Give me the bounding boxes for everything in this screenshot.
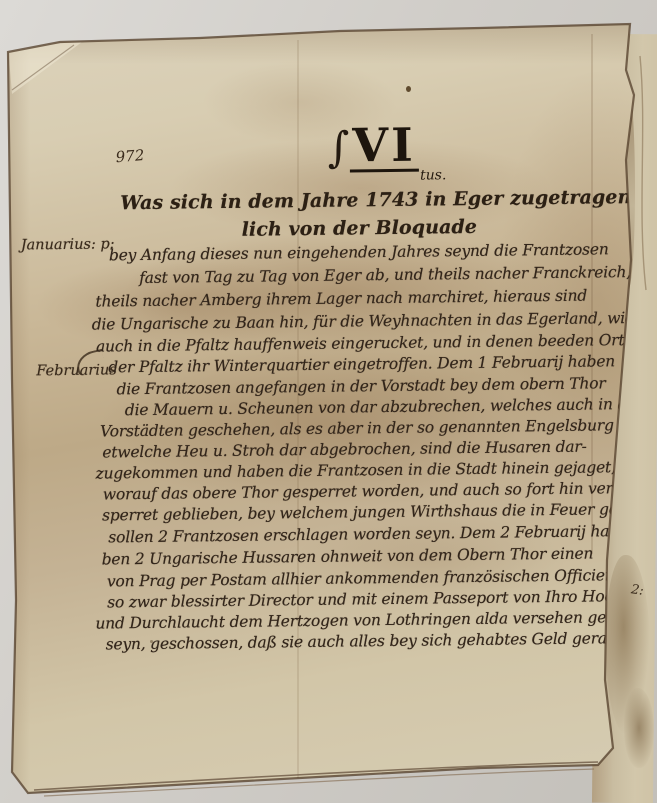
manuscript-line: ben 2 Ungarische Hussaren ohnweit von de…	[102, 545, 594, 569]
manuscript-line: die Ungarische zu Baan hin, für die Weyh…	[92, 309, 634, 334]
manuscript-line: fast von Tag zu Tag von Eger ab, und the…	[139, 263, 631, 287]
section-mark: ∫	[327, 122, 349, 171]
manuscript-line: sollen 2 Frantzosen erschlagen worden se…	[108, 522, 614, 546]
manuscript-line: etwelche Heu u. Stroh dar abgebrochen, s…	[102, 438, 586, 462]
margin-line: Januarius: p:	[21, 236, 115, 253]
manuscript-line: von Prag per Postam allhier ankommenden …	[107, 566, 615, 590]
title-line: Was sich in dem Jahre 1743 in Eger zuget…	[120, 185, 657, 215]
page-number: 972	[115, 146, 145, 166]
manuscript-line: die Mauern u. Scheunen von dar abzubrech…	[125, 395, 657, 420]
margin-line: Februarius	[36, 362, 117, 379]
manuscript-line: theils nacher Amberg ihrem Lager nach ma…	[95, 287, 587, 311]
manuscript-line: der Pfaltz ihr Winterquartier eingetroff…	[108, 352, 615, 376]
handwriting-layer: 972 ∫VItus. Was sich in dem Jahre 1743 i…	[0, 0, 657, 803]
next-page-note: 2:	[630, 582, 645, 599]
manuscript-line: sperret geblieben, bey welchem jungen Wi…	[102, 499, 657, 524]
manuscript-line: die Frantzosen angefangen in der Vorstad…	[116, 374, 605, 398]
torn-paper-edge	[624, 688, 654, 768]
manuscript-line: zugekommen und haben die Frantzosen in d…	[95, 458, 615, 482]
manuscript-line: so zwar blessirter Director und mit eine…	[107, 587, 628, 611]
section-heading: ∫VItus.	[327, 121, 445, 180]
section-suffix: tus.	[420, 167, 446, 183]
manuscript-line: bey Anfang dieses nun eingehenden Jahres…	[109, 240, 609, 264]
manuscript-line: auch in die Pfaltz hauffenweis eingeruck…	[96, 331, 643, 356]
manuscript-page: 972 ∫VItus. Was sich in dem Jahre 1743 i…	[0, 0, 657, 803]
manuscript-photo: 2: 972 ∫VItus. Was sich in dem Jahre 174…	[0, 0, 657, 803]
manuscript-line: worauf das obere Thor gesperret worden, …	[103, 479, 618, 503]
text-lines: Was sich in dem Jahre 1743 in Eger zuget…	[0, 0, 655, 1]
manuscript-line: seyn, geschossen, daß sie auch alles bey…	[106, 628, 657, 653]
section-numeral: VI	[349, 122, 419, 173]
manuscript-line: Vorstädten geschehen, als es aber in der…	[100, 416, 636, 441]
title-line: lich von der Bloquade	[241, 216, 477, 241]
